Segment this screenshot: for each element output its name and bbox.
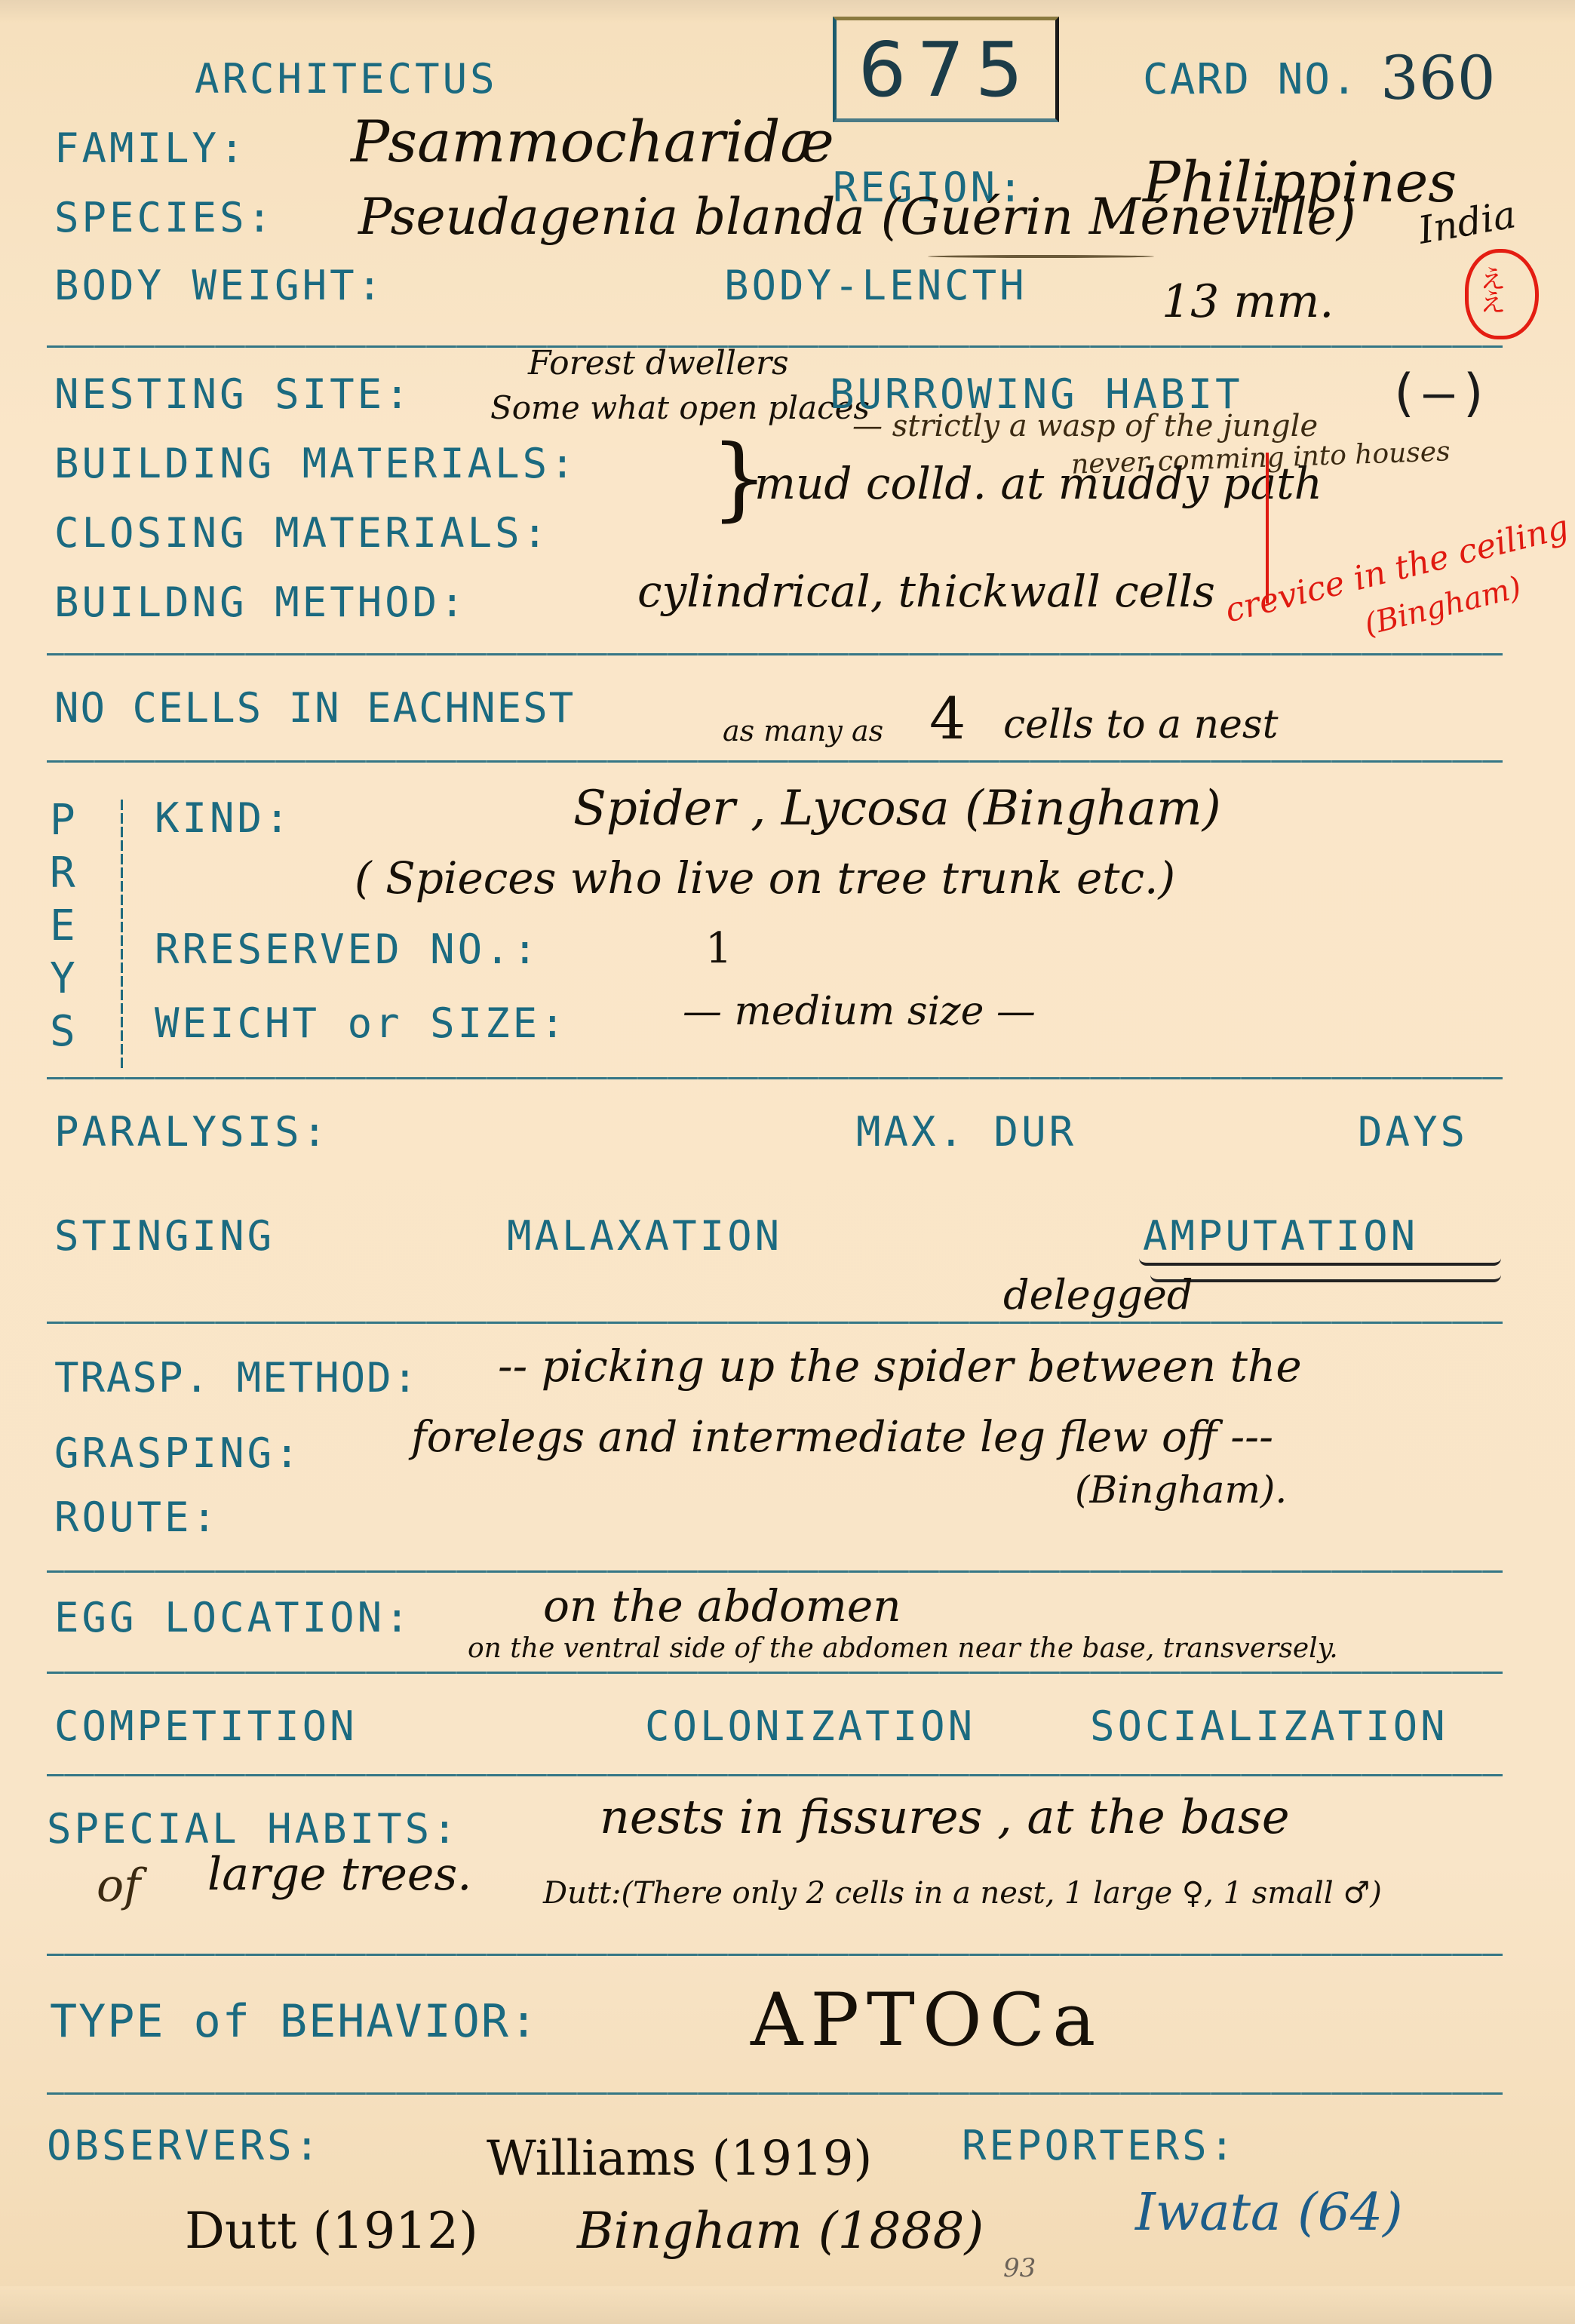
grasping-source: (Bingham). (1075, 1471, 1287, 1509)
trasp-method-label: TRASP. METHOD: (54, 1358, 419, 1398)
cells-suffix: cells to a nest (1003, 705, 1278, 744)
preys-letter: E (50, 901, 95, 954)
divider (47, 1774, 1503, 1776)
route-label: ROUTE: (54, 1497, 220, 1538)
nesting-site-note: Forest dwellers (528, 347, 789, 380)
dutt-note: Dutt:(There only 2 cells in a nest, 1 la… (543, 1878, 1382, 1908)
building-method-label: BUILDNG METHOD: (54, 582, 468, 623)
family-value: Psammocharidæ (351, 113, 834, 170)
cells-prefix: as many as (723, 717, 883, 745)
divider (47, 653, 1503, 655)
preys-letter: P (50, 796, 95, 849)
nesting-site-value: Some what open places (490, 392, 870, 424)
observer-dutt: Dutt (1912) (185, 2206, 478, 2256)
card-number-value: 360 (1380, 48, 1496, 109)
paralysis-label: PARALYSIS: (54, 1112, 330, 1153)
special-habits-label: SPECIAL HABITS: (47, 1809, 460, 1850)
preserved-value: 1 (705, 928, 732, 970)
amputation-label: AMPUTATION (1143, 1216, 1418, 1257)
body-length-label: BODY-LENCTH (724, 266, 1027, 306)
egg-location-detail: on the ventral side of the abdomen near … (468, 1635, 1338, 1662)
days-label: DAYS (1358, 1112, 1468, 1153)
reporters-label: REPORTERS: (962, 2126, 1237, 2166)
preserved-label: RRESERVED NO.: (155, 929, 540, 970)
header-title: ARCHITECTUS (195, 59, 498, 100)
amputation-underline (1139, 1252, 1501, 1266)
preys-letter: Y (50, 954, 95, 1007)
boxed-number: 675 (833, 17, 1059, 122)
species-author-underline (928, 255, 1154, 258)
competition-label: COMPETITION (54, 1706, 358, 1747)
prey-kind-label: KIND: (155, 798, 293, 839)
building-materials-value: mud colld. at muddy path (754, 462, 1322, 505)
body-weight-label: BODY WEIGHT: (54, 266, 385, 306)
closing-materials-label: CLOSING MATERIALS: (54, 513, 550, 554)
preys-letter: R (50, 849, 95, 901)
cells-number: 4 (929, 690, 966, 748)
trasp-method-value: -- picking up the spider between the (498, 1344, 1302, 1388)
special-habits-value-line1: nests in fissures , at the base (600, 1794, 1290, 1840)
card-number-label: CARD NO. (1143, 59, 1359, 101)
max-duration-label: MAX. DUR (856, 1112, 1076, 1153)
red-seal-icon: ぇぇ (1465, 249, 1539, 339)
cells-label: NO CELLS IN EACHNEST (54, 688, 575, 729)
grasping-value: forelegs and intermediate leg flew off -… (411, 1417, 1273, 1459)
colonization-label: COLONIZATION (645, 1706, 975, 1747)
malaxation-label: MALAXATION (507, 1216, 782, 1257)
stinging-label: STINGING (54, 1216, 275, 1257)
jungle-note: — strictly a wasp of the jungle (852, 411, 1318, 441)
reporter-iwata: Iwata (64) (1135, 2187, 1403, 2239)
type-of-behavior-label: TYPE of BEHAVIOR: (50, 1999, 539, 2044)
burrowing-habit-value: (—) (1388, 368, 1494, 419)
species-label: SPECIES: (54, 198, 275, 238)
socialization-label: SOCIALIZATION (1090, 1706, 1448, 1747)
index-card: ARCHITECTUS 675 CARD NO. 360 FAMILY: Psa… (0, 0, 1575, 2324)
family-label: FAMILY: (54, 128, 247, 169)
grasping-label: GRASPING: (54, 1433, 302, 1474)
divider (47, 2092, 1503, 2095)
amputation-underline (1150, 1269, 1501, 1282)
prey-weight-label: WEICHT or SIZE: (155, 1003, 568, 1044)
divider (47, 1672, 1503, 1674)
preys-divider (121, 800, 123, 1071)
bingham-year-correction: 93 (1003, 2255, 1036, 2281)
building-materials-label: BUILDING MATERIALS: (54, 444, 578, 484)
egg-location-value: on the abdomen (543, 1584, 901, 1628)
preys-letter: S (50, 1007, 95, 1060)
special-habits-of: of (97, 1863, 140, 1908)
prey-weight-value: — medium size — (683, 992, 1036, 1031)
body-length-value: 13 mm. (1162, 279, 1334, 324)
amputation-note: delegged (1003, 1275, 1193, 1316)
prey-kind-note: ( Spieces who live on tree trunk etc.) (355, 856, 1175, 900)
divider (47, 1077, 1503, 1079)
divider (47, 1322, 1503, 1324)
observers-label: OBSERVERS: (47, 2126, 322, 2166)
building-method-value: cylindrical, thickwall cells (637, 569, 1215, 613)
boxed-number-value: 675 (858, 26, 1034, 114)
divider (47, 1570, 1503, 1573)
egg-location-label: EGG LOCATION: (54, 1598, 413, 1638)
type-of-behavior-value: APTOCa (751, 1984, 1103, 2056)
observer-williams: Williams (1919) (487, 2135, 872, 2183)
observer-bingham: Bingham (1888) (577, 2206, 984, 2256)
special-habits-value-line2: large trees. (207, 1852, 471, 1897)
nesting-site-label: NESTING SITE: (54, 374, 413, 415)
preys-side-label: P R E Y S (50, 796, 95, 1060)
prey-kind-value: Spider , Lycosa (Bingham) (573, 784, 1221, 833)
species-value: Pseudagenia blanda (Guérin Méneville) (358, 192, 1356, 242)
divider (47, 760, 1503, 763)
divider (47, 1954, 1503, 1956)
